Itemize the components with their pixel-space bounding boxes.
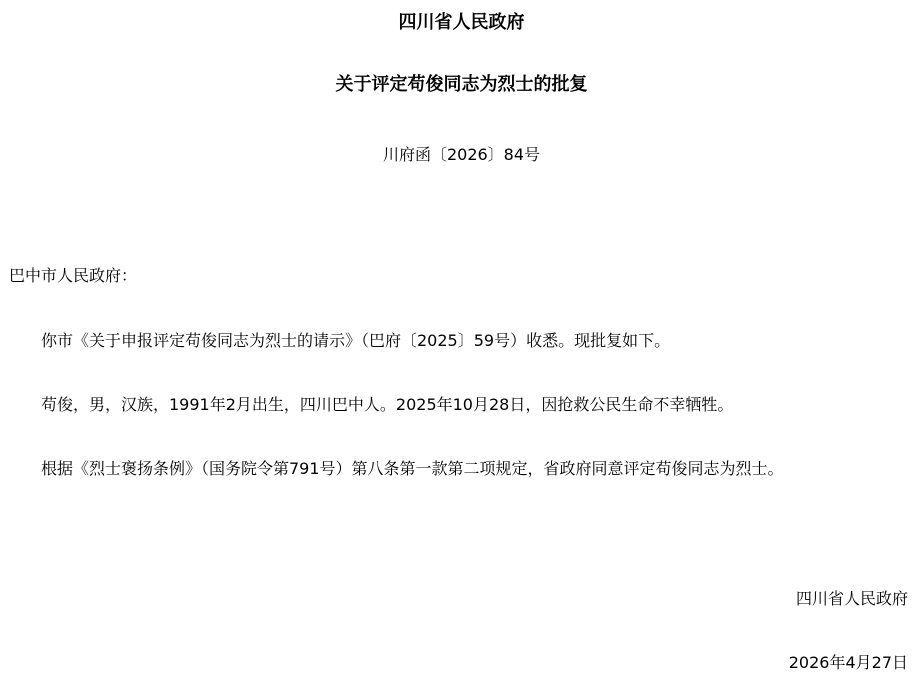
- document-page: 四川省人民政府 关于评定苟俊同志为烈士的批复 川府函〔2026〕84号 巴中市人…: [0, 0, 923, 682]
- body-paragraph-1: 你市《关于申报评定苟俊同志为烈士的请示》（巴府〔2025〕59号）收悉。现批复如…: [41, 331, 670, 350]
- document-number: 川府函〔2026〕84号: [0, 145, 923, 164]
- signature-line: 四川省人民政府: [796, 589, 908, 608]
- document-subject-title: 关于评定苟俊同志为烈士的批复: [0, 74, 923, 96]
- addressee-line: 巴中市人民政府：: [9, 266, 137, 285]
- date-line: 2026年4月27日: [789, 653, 908, 672]
- body-paragraph-3: 根据《烈士褒扬条例》（国务院令第791号）第八条第一款第二项规定，省政府同意评定…: [41, 459, 784, 478]
- document-issuer-title: 四川省人民政府: [0, 12, 923, 34]
- body-paragraph-2: 苟俊，男，汉族，1991年2月出生，四川巴中人。2025年10月28日，因抢救公…: [41, 395, 733, 414]
